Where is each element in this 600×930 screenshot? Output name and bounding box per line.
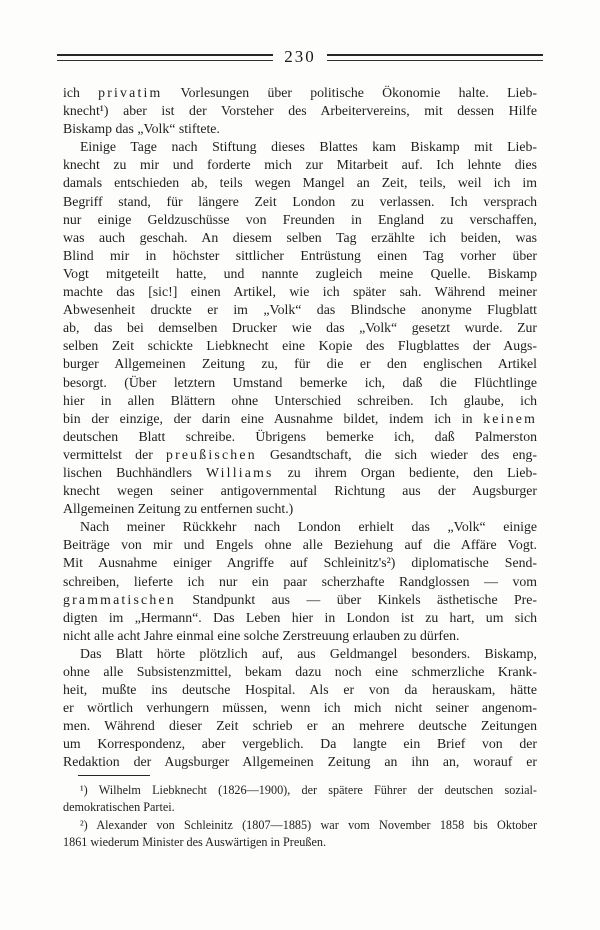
paragraph: ich privatim Vorlesungen über politische… bbox=[63, 84, 537, 138]
header-rule-right bbox=[327, 54, 543, 61]
text-line: schreiben, lieferte ich nur ein paar sch… bbox=[63, 573, 537, 591]
text-line: knecht wegen seiner antigovernmental Ric… bbox=[63, 482, 537, 500]
header-rule-left bbox=[57, 54, 273, 61]
footnote-line: ¹) Wilhelm Liebknecht (1826—1900), der s… bbox=[63, 782, 537, 799]
text-line: um Korrespondenz, aber vergeblich. Da la… bbox=[63, 735, 537, 753]
text-segment: Das Blatt hörte plötzlich auf, aus Geldm… bbox=[80, 646, 537, 661]
text-line: damals entschieden ab, teils wegen Mange… bbox=[63, 174, 537, 192]
text-segment: Vorlesungen über politische Ökonomie hal… bbox=[162, 85, 537, 100]
text-line: hier in allen Blättern ohne Unterschied … bbox=[63, 392, 537, 410]
text-segment: ohne alle Subsistenzmittel, bekam dazu n… bbox=[63, 664, 537, 679]
text-segment: men. Während dieser Zeit schrieb er an m… bbox=[63, 718, 537, 733]
text-line: nicht alle acht Jahre einmal eine solche… bbox=[63, 627, 537, 645]
text-segment: Gesandtschaft, die sich wieder des eng- bbox=[257, 447, 537, 462]
text-block: ich privatim Vorlesungen über politische… bbox=[63, 84, 537, 772]
text-segment: ab, das bei demselben Drucker wie das „V… bbox=[63, 320, 537, 335]
text-segment: Vogt mitgeteilt hatte, und nannte zuglei… bbox=[63, 266, 537, 281]
text-line: Redaktion der Augsburger Allgemeinen Zei… bbox=[63, 753, 537, 771]
text-line: deutschen Blatt schreibe. Übrigens bemer… bbox=[63, 428, 537, 446]
text-segment: bin der einzige, der darin eine Ausnahme… bbox=[63, 411, 483, 426]
text-segment: burger Allgemeinen Zeitung zu, für die e… bbox=[63, 356, 537, 371]
text-line: nur einige Geldzuschüsse von Freunden in… bbox=[63, 211, 537, 229]
text-segment: vermittelst der bbox=[63, 447, 166, 462]
text-line: Beiträge von mir und Engels ohne alle Be… bbox=[63, 536, 537, 554]
text-segment: zu ihrem Organ bediente, den Lieb- bbox=[274, 465, 537, 480]
text-segment: Blind mir in höchster sittlicher Entrüst… bbox=[63, 248, 537, 263]
text-segment: Begriff stand, für längere Zeit London z… bbox=[63, 194, 537, 209]
book-page: 230 ich privatim Vorlesungen über politi… bbox=[0, 0, 600, 930]
text-line: machte das [sic!] einen Artikel, wie ich… bbox=[63, 283, 537, 301]
text-line: ohne alle Subsistenzmittel, bekam dazu n… bbox=[63, 663, 537, 681]
text-segment: Redaktion der Augsburger Allgemeinen Zei… bbox=[63, 754, 537, 769]
page-number: 230 bbox=[284, 48, 316, 65]
emphasized-text: keinem bbox=[483, 411, 537, 426]
footnotes-block: ¹) Wilhelm Liebknecht (1826—1900), der s… bbox=[63, 782, 537, 851]
text-line: Begriff stand, für längere Zeit London z… bbox=[63, 193, 537, 211]
text-segment: ich bbox=[63, 85, 98, 100]
text-line: ab, das bei demselben Drucker wie das „V… bbox=[63, 319, 537, 337]
text-line: Vogt mitgeteilt hatte, und nannte zuglei… bbox=[63, 265, 537, 283]
text-segment: hier in allen Blättern ohne Unterschied … bbox=[63, 393, 537, 408]
text-segment: knecht wegen seiner antigovernmental Ric… bbox=[63, 483, 537, 498]
text-line: lischen Buchhändlers Williams zu ihrem O… bbox=[63, 464, 537, 482]
text-segment: nicht alle acht Jahre einmal eine solche… bbox=[63, 628, 460, 643]
text-segment: Einige Tage nach Stiftung dieses Blattes… bbox=[80, 139, 537, 154]
text-line: grammatischen Standpunkt aus — über Kink… bbox=[63, 591, 537, 609]
text-line: burger Allgemeinen Zeitung zu, für die e… bbox=[63, 355, 537, 373]
text-line: Das Blatt hörte plötzlich auf, aus Geldm… bbox=[63, 645, 537, 663]
paragraph: Nach meiner Rückkehr nach London erhielt… bbox=[63, 518, 537, 645]
text-line: Abwesenheit druckte er im „Volk“ das Bli… bbox=[63, 301, 537, 319]
text-line: men. Während dieser Zeit schrieb er an m… bbox=[63, 717, 537, 735]
text-line: bin der einzige, der darin eine Ausnahme… bbox=[63, 410, 537, 428]
footnote-separator bbox=[78, 775, 150, 776]
text-line: selben Zeit schickte Liebknecht eine Kop… bbox=[63, 337, 537, 355]
text-segment: damals entschieden ab, teils wegen Mange… bbox=[63, 175, 537, 190]
emphasized-text: preußischen bbox=[166, 447, 257, 462]
text-line: knecht zu mir und forderte mich zur Mita… bbox=[63, 156, 537, 174]
text-segment: um Korrespondenz, aber vergeblich. Da la… bbox=[63, 736, 537, 751]
footnote-line: ²) Alexander von Schleinitz (1807—1885) … bbox=[63, 817, 537, 834]
text-segment: Mit Ausnahme einiger Angriffe auf Schlei… bbox=[63, 555, 537, 570]
footnote-line: 1861 wiederum Minister des Auswärtigen i… bbox=[63, 834, 537, 851]
paragraph: Das Blatt hörte plötzlich auf, aus Geldm… bbox=[63, 645, 537, 772]
paragraph: ²) Alexander von Schleinitz (1807—1885) … bbox=[63, 817, 537, 852]
text-line: besorgt. (Über letztern Umstand bemerke … bbox=[63, 374, 537, 392]
footnote-line: demokratischen Partei. bbox=[63, 799, 537, 816]
text-segment: Beiträge von mir und Engels ohne alle Be… bbox=[63, 537, 537, 552]
text-segment: Allgemeinen Zeitung zu entfernen sucht.) bbox=[63, 501, 293, 516]
page-header: 230 bbox=[57, 48, 543, 66]
text-segment: besorgt. (Über letztern Umstand bemerke … bbox=[63, 375, 537, 390]
text-segment: 1861 wiederum Minister des Auswärtigen i… bbox=[63, 835, 326, 849]
text-line: vermittelst der preußischen Gesandtschaf… bbox=[63, 446, 537, 464]
emphasized-text: Williams bbox=[206, 465, 274, 480]
paragraph: Einige Tage nach Stiftung dieses Blattes… bbox=[63, 138, 537, 518]
text-segment: selben Zeit schickte Liebknecht eine Kop… bbox=[63, 338, 537, 353]
text-line: Blind mir in höchster sittlicher Entrüst… bbox=[63, 247, 537, 265]
text-segment: ²) Alexander von Schleinitz (1807—1885) … bbox=[80, 818, 537, 832]
emphasized-text: privatim bbox=[98, 85, 162, 100]
text-segment: demokratischen Partei. bbox=[63, 800, 175, 814]
text-segment: Abwesenheit druckte er im „Volk“ das Bli… bbox=[63, 302, 537, 317]
text-line: er wörtlich verhungern müssen, wenn ich … bbox=[63, 699, 537, 717]
emphasized-text: grammatischen bbox=[63, 592, 176, 607]
text-segment: nur einige Geldzuschüsse von Freunden in… bbox=[63, 212, 537, 227]
text-line: heit, mußte ins deutsche Hospital. Als e… bbox=[63, 681, 537, 699]
text-segment: machte das [sic!] einen Artikel, wie ich… bbox=[63, 284, 537, 299]
text-segment: ¹) Wilhelm Liebknecht (1826—1900), der s… bbox=[80, 783, 537, 797]
text-segment: er wörtlich verhungern müssen, wenn ich … bbox=[63, 700, 537, 715]
paragraph: ¹) Wilhelm Liebknecht (1826—1900), der s… bbox=[63, 782, 537, 817]
text-line: Nach meiner Rückkehr nach London erhielt… bbox=[63, 518, 537, 536]
text-line: Einige Tage nach Stiftung dieses Blattes… bbox=[63, 138, 537, 156]
text-line: Mit Ausnahme einiger Angriffe auf Schlei… bbox=[63, 554, 537, 572]
text-line: digten im „Hermann“. Das Leben hier in L… bbox=[63, 609, 537, 627]
text-segment: deutschen Blatt schreibe. Übrigens bemer… bbox=[63, 429, 537, 444]
text-segment: Standpunkt aus — über Kinkels ästhetisch… bbox=[176, 592, 537, 607]
text-segment: knecht zu mir und forderte mich zur Mita… bbox=[63, 157, 537, 172]
text-line: was auch geschah. An diesem selben Tag e… bbox=[63, 229, 537, 247]
text-segment: lischen Buchhändlers bbox=[63, 465, 206, 480]
text-segment: Biskamp das „Volk“ stiftete. bbox=[63, 121, 220, 136]
text-line: ich privatim Vorlesungen über politische… bbox=[63, 84, 537, 102]
text-segment: heit, mußte ins deutsche Hospital. Als e… bbox=[63, 682, 537, 697]
text-segment: Nach meiner Rückkehr nach London erhielt… bbox=[80, 519, 537, 534]
text-segment: digten im „Hermann“. Das Leben hier in L… bbox=[63, 610, 537, 625]
text-segment: was auch geschah. An diesem selben Tag e… bbox=[63, 230, 537, 245]
text-line: knecht¹) aber ist der Vorsteher des Arbe… bbox=[63, 102, 537, 120]
text-line: Allgemeinen Zeitung zu entfernen sucht.) bbox=[63, 500, 537, 518]
text-line: Biskamp das „Volk“ stiftete. bbox=[63, 120, 537, 138]
text-segment: schreiben, lieferte ich nur ein paar sch… bbox=[63, 574, 537, 589]
text-segment: knecht¹) aber ist der Vorsteher des Arbe… bbox=[63, 103, 537, 118]
